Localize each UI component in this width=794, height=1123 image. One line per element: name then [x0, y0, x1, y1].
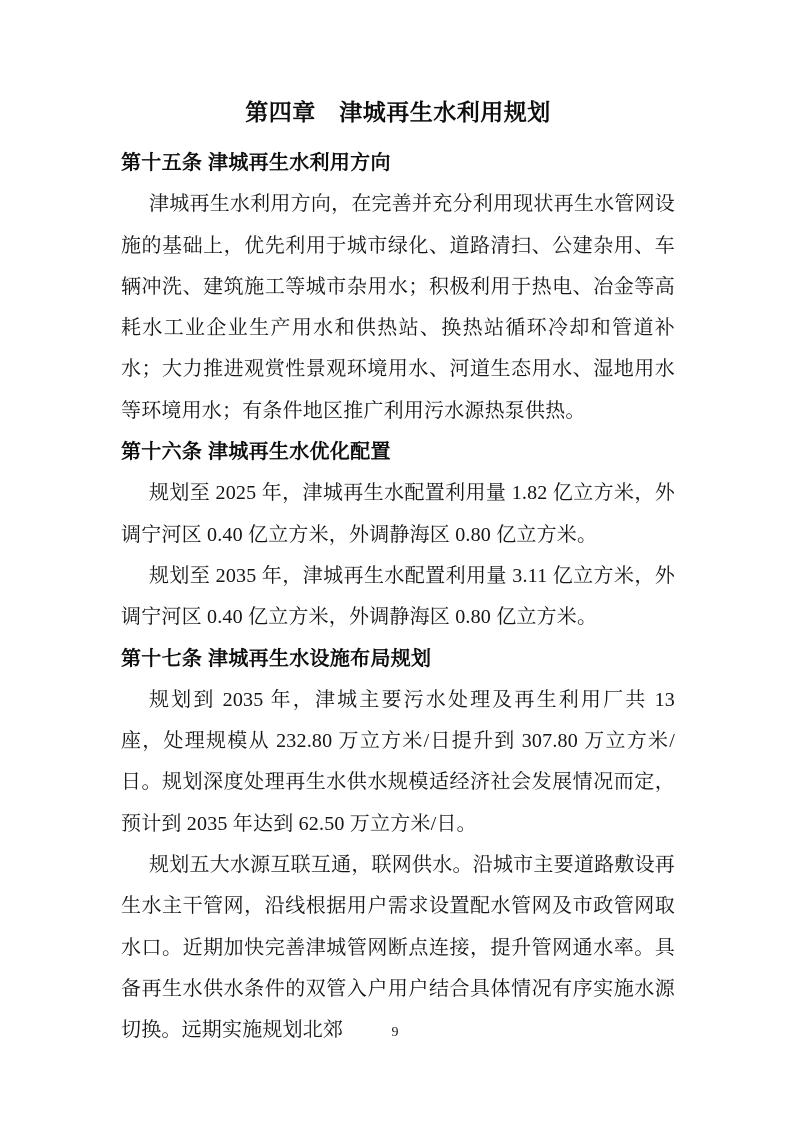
chapter-title: 第四章 津城再生水利用规划 [121, 94, 675, 130]
page-content: 第四章 津城再生水利用规划 第十五条 津城再生水利用方向 津城再生水利用方向，在… [121, 94, 675, 1052]
article-17-paragraph-2: 规划五大水源互联互通，联网供水。沿城市主要道路敷设再生水主干管网，沿线根据用户需… [121, 845, 675, 1051]
section-heading-article-15: 第十五条 津城再生水利用方向 [121, 143, 675, 184]
article-16-paragraph-2: 规划至 2035 年，津城再生水配置利用量 3.11 亿立方米，外调宁河区 0.… [121, 556, 675, 639]
article-17-paragraph-1: 规划到 2035 年，津城主要污水处理及再生利用厂共 13 座，处理规模从 23… [121, 680, 675, 845]
section-heading-article-16: 第十六条 津城再生水优化配置 [121, 432, 675, 473]
article-15-paragraph-1: 津城再生水利用方向，在完善并充分利用现状再生水管网设施的基础上，优先利用于城市绿… [121, 184, 675, 432]
page-number: 9 [0, 1024, 790, 1042]
section-heading-article-17: 第十七条 津城再生水设施布局规划 [121, 639, 675, 680]
document-page: 第四章 津城再生水利用规划 第十五条 津城再生水利用方向 津城再生水利用方向，在… [0, 0, 794, 1123]
article-16-paragraph-1: 规划至 2025 年，津城再生水配置利用量 1.82 亿立方米，外调宁河区 0.… [121, 473, 675, 556]
